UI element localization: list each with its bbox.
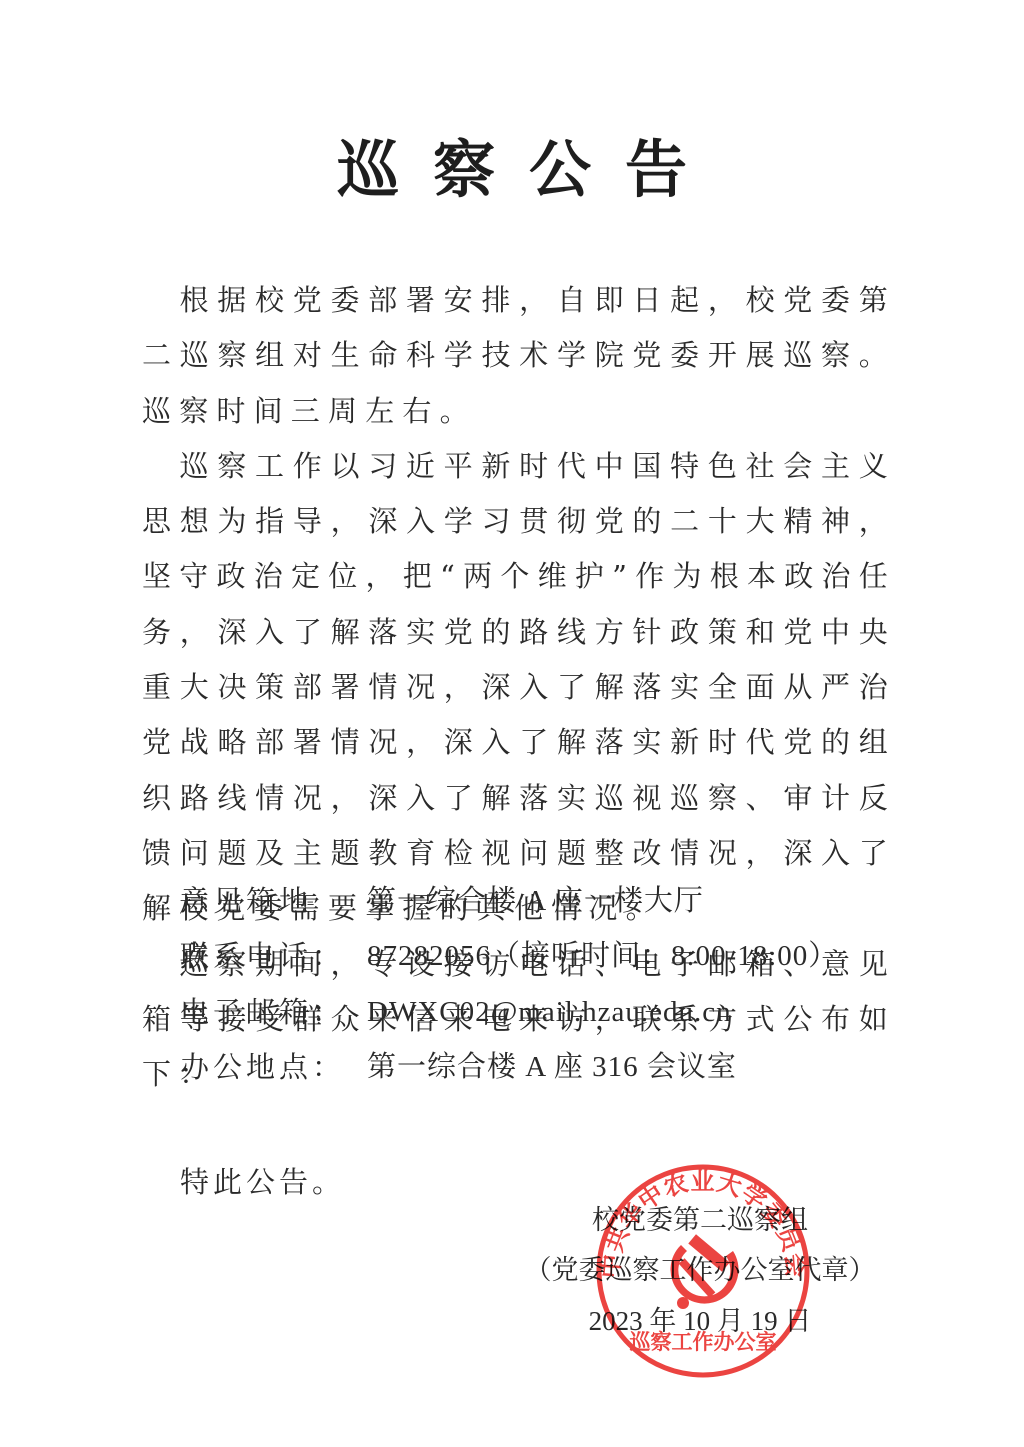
contact-row-mailbox: 意见箱地点： 第一综合楼 A 座一楼大厅 — [180, 874, 880, 929]
contact-row-phone: 联系电话： 87282056（接听时间：8:00-18:00） — [180, 929, 880, 984]
closing-text: 特此公告。 — [180, 1155, 345, 1210]
contact-row-office: 办公地点： 第一综合楼 A 座 316 会议室 — [180, 1040, 880, 1095]
svg-text:中共华中农业大学委员会: 中共华中农业大学委员会 — [596, 1167, 809, 1279]
contact-value: 第一综合楼 A 座一楼大厅 — [367, 874, 704, 929]
contact-label: 意见箱地点： — [180, 874, 367, 929]
paragraph-1: 根据校党委部署安排，自即日起，校党委第二巡察组对生命科学技术学院党委开展巡察。巡… — [142, 273, 896, 439]
contact-label: 办公地点： — [180, 1040, 367, 1095]
page-title: 巡察公告 — [0, 128, 1024, 212]
contact-value: 第一综合楼 A 座 316 会议室 — [367, 1040, 737, 1095]
contact-label: 联系电话： — [180, 929, 367, 984]
stamp-ring-text: 中共华中农业大学委员会 — [596, 1167, 809, 1279]
contact-list: 意见箱地点： 第一综合楼 A 座一楼大厅 联系电话： 87282056（接听时间… — [180, 874, 880, 1095]
hammer-and-sickle-icon — [671, 1234, 739, 1309]
official-seal-stamp: 中共华中农业大学委员会 巡察工作办公室 — [595, 1163, 811, 1379]
email-link[interactable]: DWXC02@mail.hzau.edu.cn — [367, 985, 732, 1040]
stamp-bottom-text: 巡察工作办公室 — [630, 1330, 777, 1354]
contact-value: 87282056（接听时间：8:00-18:00） — [367, 929, 838, 984]
contact-row-email: 电子邮箱： DWXC02@mail.hzau.edu.cn — [180, 985, 880, 1040]
paragraph-2: 巡察工作以习近平新时代中国特色社会主义思想为指导，深入学习贯彻党的二十大精神，坚… — [142, 439, 896, 937]
contact-label: 电子邮箱： — [180, 985, 367, 1040]
